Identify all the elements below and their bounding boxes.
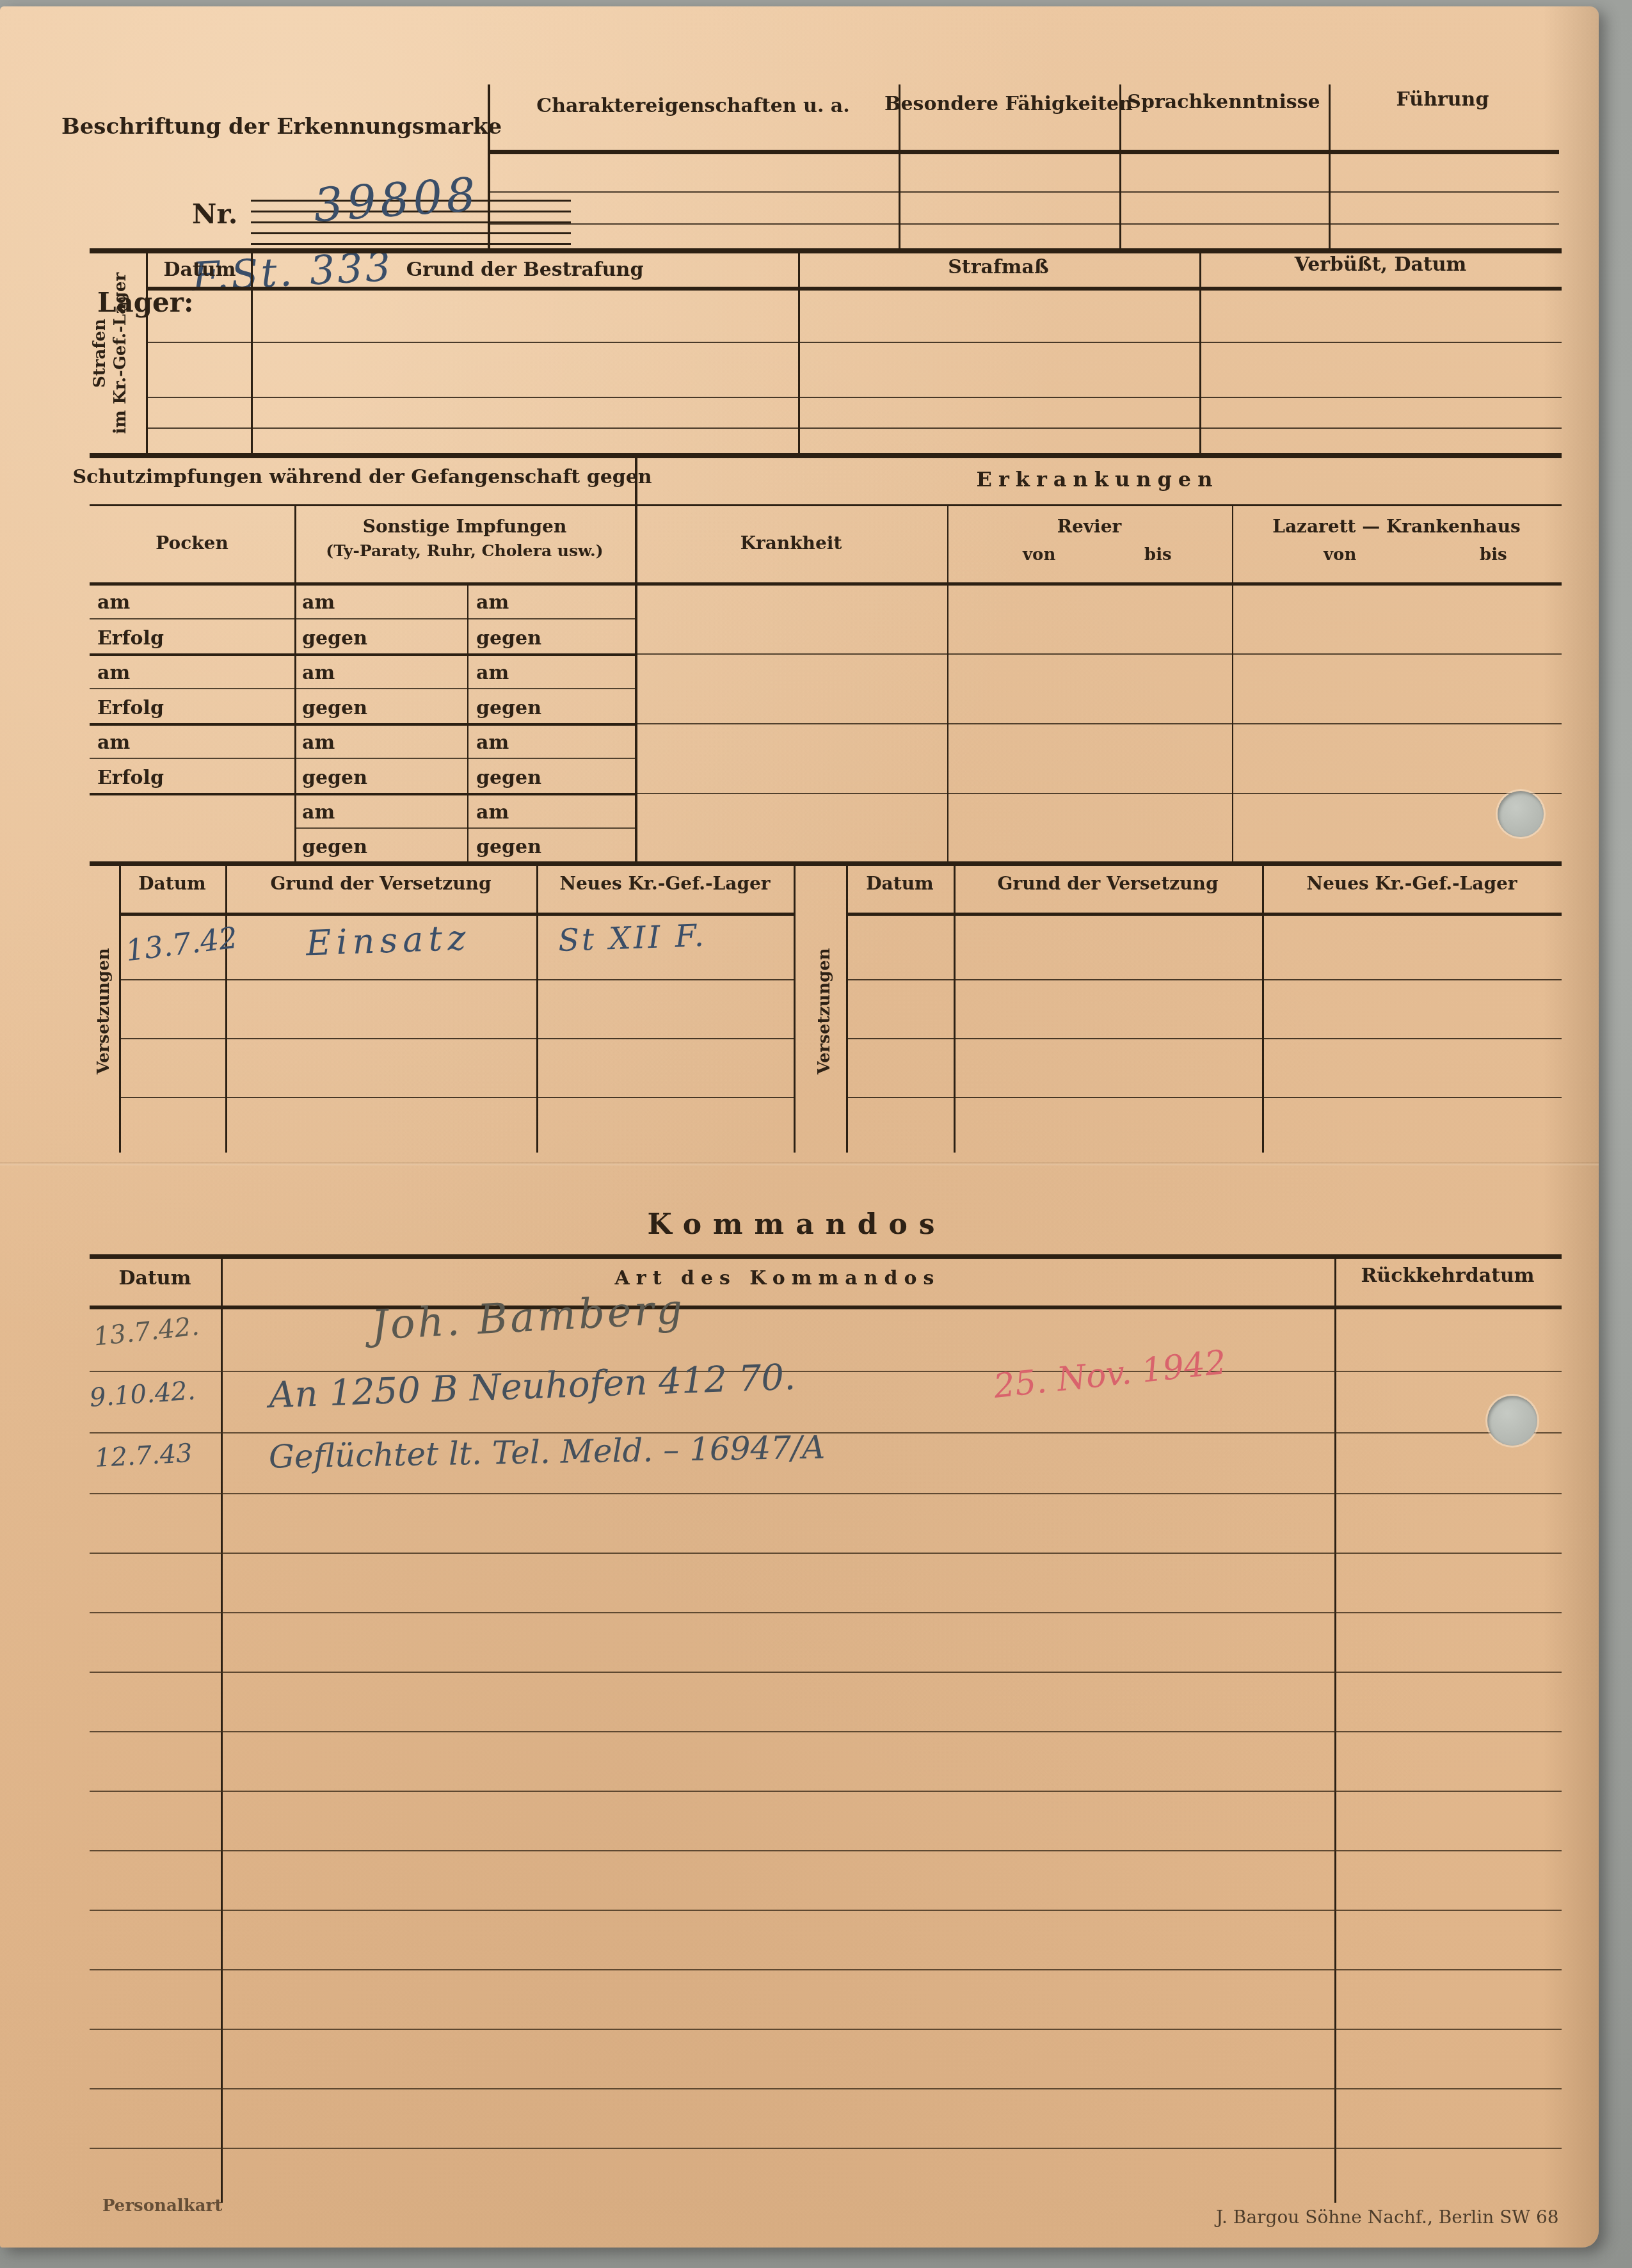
kommandos-row-line xyxy=(90,1910,1562,1911)
versetzungen-left-divider xyxy=(536,866,538,1153)
erkrankungen-col-krankheit: Krankheit xyxy=(740,532,842,554)
impfungen-col-pocken: Pocken xyxy=(156,532,228,554)
impfungen-row-line xyxy=(90,758,635,759)
versetzungen-left-header-datum: Datum xyxy=(138,873,205,894)
versetzungen-left-row-line xyxy=(119,979,796,980)
strafen-row-line xyxy=(146,427,1562,429)
strafen-header-strafmass: Strafmaß xyxy=(948,256,1049,278)
traits-table-left-border xyxy=(488,84,490,251)
kommandos-top-border xyxy=(90,1254,1562,1259)
strafen-row-line xyxy=(146,342,1562,343)
strafen-divider xyxy=(1199,253,1201,456)
impfungen-cell: am xyxy=(302,731,335,754)
section-separator xyxy=(90,861,1562,866)
kommandos-datum-divider xyxy=(221,1254,223,2203)
impfungen-row-line xyxy=(90,618,635,619)
traits-header-fuehrung: Führung xyxy=(1396,88,1489,111)
impfungen-row-line xyxy=(90,688,635,689)
erkrankungen-lazarett-von: von xyxy=(1324,545,1356,564)
kommandos-row-line xyxy=(90,1553,1562,1554)
versetzungen-left-border xyxy=(119,866,121,1153)
impfungen-cell: am xyxy=(302,662,335,684)
impfungen-cell: Erfolg xyxy=(97,697,164,719)
kommandos-row-line xyxy=(90,1612,1562,1613)
impfungen-cell: gegen xyxy=(302,836,367,858)
traits-row-line xyxy=(488,191,1559,193)
impfungen-cell: am xyxy=(302,801,335,824)
impfungen-cell: Erfolg xyxy=(97,767,164,789)
erkrankungen-title-underline xyxy=(637,504,1562,506)
versetzungen-right-side-label: Versetzungen xyxy=(815,948,834,1074)
versetzungen-left-header-lager: Neues Kr.-Gef.-Lager xyxy=(559,873,770,894)
kommandos-rueckkehr-divider xyxy=(1334,1254,1336,2203)
kommando-entry-datum: 12.7.43 xyxy=(94,1439,193,1473)
erkrankungen-lazarett-bis: bis xyxy=(1480,545,1507,564)
impfungen-divider xyxy=(294,506,296,863)
kommandos-header-art: Art des Kommandos xyxy=(615,1267,941,1290)
kommandos-header-rueckkehrdatum: Rückkehrdatum xyxy=(1361,1265,1534,1287)
versetzungen-right-row-line xyxy=(846,1038,1562,1039)
impfungen-cell: am xyxy=(97,591,130,614)
kommandos-title: Kommandos xyxy=(647,1208,946,1241)
versetzungen-left-header-grund: Grund der Versetzung xyxy=(270,873,491,894)
erkrankungen-row-line xyxy=(637,793,1562,794)
impfungen-cell: Erfolg xyxy=(97,627,164,650)
versetzungen-right-header-datum: Datum xyxy=(866,873,933,894)
strafen-left-border xyxy=(146,253,148,456)
strafen-header-underline xyxy=(146,287,1562,291)
versetzungen-right-row-line xyxy=(846,1097,1562,1098)
versetzungen-left-header-underline xyxy=(119,913,796,916)
footer-printer-imprint: J. Bargou Söhne Nachf., Berlin SW 68 xyxy=(1216,2207,1559,2228)
versetzungen-right-header-grund: Grund der Versetzung xyxy=(997,873,1218,894)
erkrankungen-revier-von: von xyxy=(1023,545,1055,564)
traits-header-faehigkeiten: Besondere Fähigkeiten xyxy=(884,93,1133,115)
impfungen-cell: gegen xyxy=(302,697,367,719)
nr-label: Nr. xyxy=(192,198,237,230)
traits-header-sprachkenntnisse: Sprachkenntnisse xyxy=(1127,91,1320,113)
erkrankungen-subheader-underline xyxy=(637,582,1562,586)
versetzungen-left-divider xyxy=(225,866,227,1153)
kommandos-row-line xyxy=(90,2148,1562,2149)
versetzungen-right-border xyxy=(846,866,848,1153)
traits-header-underline xyxy=(488,150,1559,154)
kommandos-row-line xyxy=(90,1969,1562,1970)
strafen-divider xyxy=(251,253,253,456)
erkrankungen-revier-bis: bis xyxy=(1144,545,1172,564)
impfungen-cell: am xyxy=(97,731,130,754)
strafen-row-line xyxy=(146,397,1562,398)
impfungen-row-line xyxy=(294,827,635,829)
strafen-header-verbuesst: Verbüßt, Datum xyxy=(1295,253,1467,276)
impfungen-cell: am xyxy=(476,662,509,684)
punch-hole xyxy=(1487,1396,1537,1446)
impfungen-col-sonstige-line2: (Ty-Paraty, Ruhr, Cholera usw.) xyxy=(326,541,603,560)
traits-table-divider xyxy=(1329,84,1331,251)
strafen-side-label-line1: Strafen xyxy=(90,273,110,435)
impfungen-cell: gegen xyxy=(476,697,541,719)
impfungen-col-sonstige-line1: Sonstige Impfungen xyxy=(363,516,567,537)
kommandos-row-line xyxy=(90,1672,1562,1673)
kommandos-row-line xyxy=(90,1493,1562,1494)
versetzungen-entry-lager: St XII F. xyxy=(557,918,707,959)
section-separator xyxy=(90,453,1562,458)
impfungen-cell: am xyxy=(302,591,335,614)
versetzungen-left-row-line xyxy=(119,1038,796,1039)
strafen-side-label-line2: im Kr.-Gef.-Lager xyxy=(110,273,131,435)
punch-hole xyxy=(1498,791,1544,837)
traits-row-line xyxy=(488,223,1559,225)
impfungen-cell: gegen xyxy=(476,836,541,858)
kommandos-header-underline xyxy=(90,1306,1562,1309)
impfungen-row-line-heavy xyxy=(90,653,635,656)
impfungen-row-line-heavy xyxy=(90,723,635,726)
versetzungen-right-header-lager: Neues Kr.-Gef.-Lager xyxy=(1306,873,1517,894)
versetzungen-right-divider xyxy=(954,866,956,1153)
strafen-header-datum: Datum xyxy=(164,259,236,281)
erkrankungen-row-line xyxy=(637,723,1562,724)
impfungen-cell: am xyxy=(476,731,509,754)
kommandos-row-line xyxy=(90,1371,1562,1372)
kommandos-row-line xyxy=(90,1432,1562,1433)
kommandos-row-line xyxy=(90,1731,1562,1732)
traits-header-charaktereigenschaften: Charaktereigenschaften u. a. xyxy=(536,95,849,117)
impfungen-cell: gegen xyxy=(476,767,541,789)
strafen-header-grund: Grund der Bestrafung xyxy=(406,259,644,281)
impfungen-cell: am xyxy=(476,591,509,614)
erkrankungen-col-revier: Revier xyxy=(1057,516,1122,537)
impfungen-cell: am xyxy=(97,662,130,684)
impfungen-row-line-heavy xyxy=(90,793,635,795)
erkrankungen-col-lazarett: Lazarett — Krankenhaus xyxy=(1272,516,1521,537)
versetzungen-right-header-underline xyxy=(846,913,1562,916)
kommandos-row-line xyxy=(90,1791,1562,1792)
versetzungen-right-row-line xyxy=(846,979,1562,980)
impfungen-title-underline xyxy=(90,504,635,506)
versetzungen-left-side-label: Versetzungen xyxy=(94,948,113,1074)
kommandos-row-line xyxy=(90,1850,1562,1851)
kommandos-row-line xyxy=(90,2029,1562,2030)
erkrankungen-divider xyxy=(1232,506,1233,863)
kommandos-row-line xyxy=(90,2088,1562,2089)
erkrankungen-title: Erkrankungen xyxy=(977,467,1219,491)
versetzungen-right-divider xyxy=(1262,866,1264,1153)
versetzungen-left-row-line xyxy=(119,1097,796,1098)
footer-form-name: Personalkart xyxy=(102,2196,222,2216)
versetzungen-left-right-border xyxy=(794,866,796,1153)
paper-fold-crease xyxy=(0,1162,1599,1165)
impfungen-subheader-underline xyxy=(90,582,635,586)
id-block-title: Beschriftung der Erkennungsmarke xyxy=(61,114,502,140)
impfungen-cell: am xyxy=(476,801,509,824)
erkrankungen-row-line xyxy=(637,653,1562,655)
strafen-divider xyxy=(798,253,800,456)
impfungen-cell: gegen xyxy=(476,627,541,650)
erkrankungen-left-border xyxy=(635,456,637,863)
impfungen-title: Schutzimpfungen während der Gefangenscha… xyxy=(72,466,652,488)
strafen-side-label: Strafen im Kr.-Gef.-Lager xyxy=(90,273,131,435)
erkrankungen-divider xyxy=(947,506,948,863)
kommandos-header-datum: Datum xyxy=(119,1267,191,1290)
versetzungen-entry-grund: Einsatz xyxy=(305,918,472,964)
section-separator xyxy=(90,248,1562,253)
impfungen-cell: gegen xyxy=(302,627,367,650)
impfungen-cell: gegen xyxy=(302,767,367,789)
